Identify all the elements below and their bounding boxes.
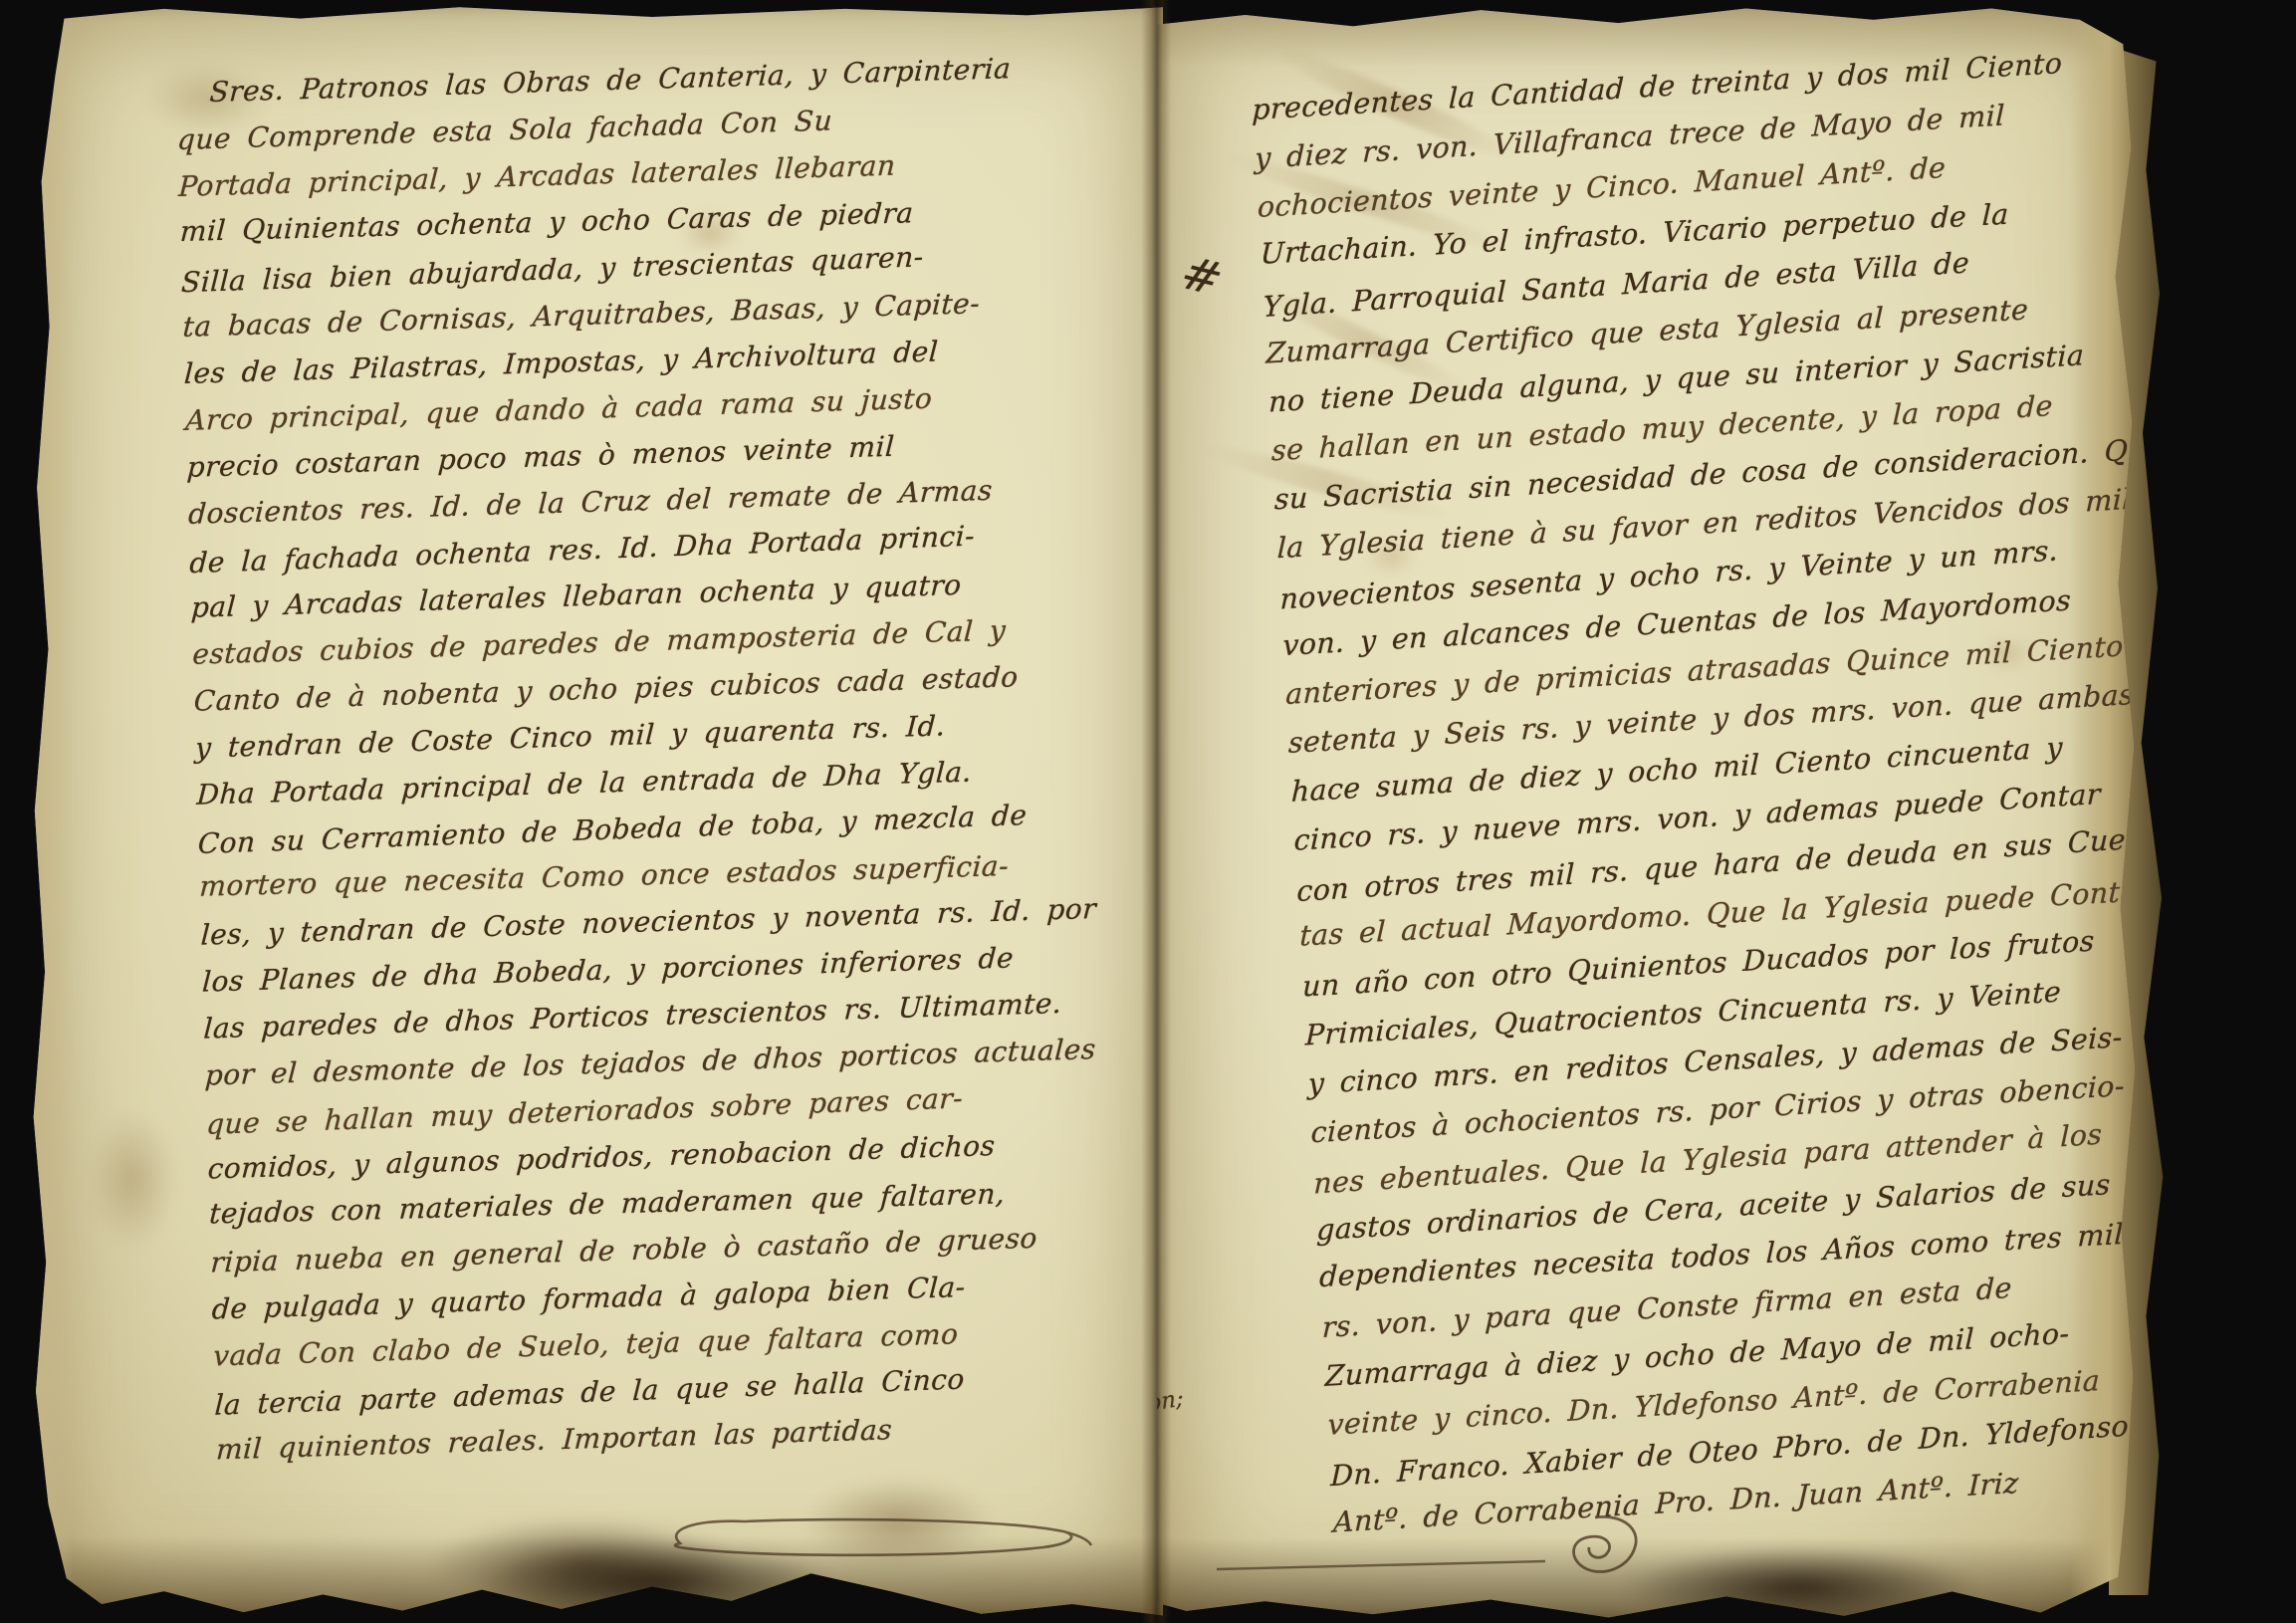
stain	[481, 1542, 829, 1617]
stain	[88, 1109, 177, 1249]
paraph-loop-flourish-icon	[625, 1506, 1093, 1575]
stain	[428, 1517, 737, 1612]
stain	[804, 1478, 994, 1567]
margin-note-peticion: Peticion;	[1157, 1385, 1184, 1429]
margin-hash-mark: #	[1173, 246, 1231, 306]
right-page-text: precedentes la Cantidad de treinta y dos…	[1251, 34, 2139, 1546]
left-page: Sres. Patronos las Obras de Canteria, y …	[28, 4, 1163, 1617]
stain	[1625, 1547, 1973, 1619]
left-page-text: Sres. Patronos las Obras de Canteria, y …	[175, 43, 1112, 1473]
right-page: # Peticion; precedentes la Cantidad de t…	[1157, 2, 2139, 1619]
manuscript-photo: Sres. Patronos las Obras de Canteria, y …	[0, 0, 2296, 1623]
